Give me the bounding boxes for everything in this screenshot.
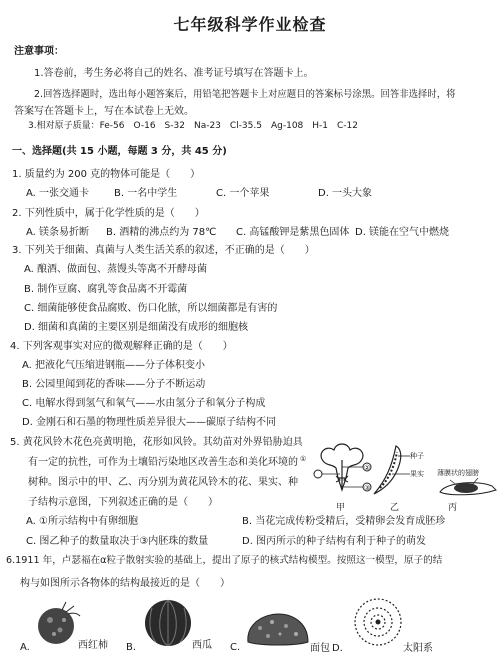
label-num-3: ③ (364, 482, 370, 494)
q4-option-c: C. 电解水得到氢气和氧气——水由氢分子和氧分子构成 (22, 398, 265, 410)
section-heading: 一、选择题(共 15 小题，每题 3 分，共 45 分) (12, 146, 227, 158)
q1-option-d: D. 一头大象 (318, 188, 372, 200)
q4-option-d: D. 金刚石和石墨的物理性质差异很大——碳原子结构不同 (22, 417, 276, 429)
q6-option-b-label: 西瓜 (192, 640, 212, 652)
q2-option-a: A. 镁条易折断 (26, 227, 89, 239)
bread-icon (246, 612, 310, 648)
q6-option-c-letter: C. (230, 642, 240, 654)
question-5-stem-line-4: 子结构示意图，下列叙述正确的是（ ） (28, 497, 218, 509)
q5-option-a: A. ①所示结构中有卵细胞 (26, 516, 138, 528)
label-jia: 甲 (336, 502, 345, 514)
q5-option-c: C. 图乙种子的数量取决于③内胚珠的数量 (26, 536, 208, 548)
notes-heading: 注意事项： (14, 46, 64, 58)
exam-page: 七年级科学作业检查 注意事项： 1.答卷前，考生务必将自己的姓名、准考证号填写在… (0, 0, 500, 665)
q4-option-a: A. 把液化气压缩进钢瓶——分子体积变小 (22, 360, 205, 372)
solar-system-icon (352, 596, 404, 648)
q6-option-b-letter: B. (126, 642, 136, 654)
question-6-stem-line-2: 构与如图所示各物体的结构最接近的是（ ） (20, 578, 230, 590)
q2-option-c: C. 高锰酸钾是紫黑色固体 (236, 227, 349, 239)
note-item-2: 2.回答选择题时，选出每小题答案后，用铅笔把答题卡上对应题目的答案标号涂黑。回答… (34, 89, 455, 101)
note-item-1: 1.答卷前，考生务必将自己的姓名、准考证号填写在答题卡上。 (34, 68, 314, 80)
q2-option-d: D. 镁能在空气中燃烧 (355, 227, 449, 239)
label-seed: 种子 (410, 450, 424, 462)
q6-option-c-label: 面包 (310, 643, 330, 655)
question-5-stem-line-3: 树种。图示中的甲、乙、丙分别为黄花风铃木的花、果实、种 (28, 477, 298, 489)
tomato-icon (36, 600, 82, 646)
q1-option-b: B. 一名中学生 (114, 188, 177, 200)
question-1-stem: 1. 质量约为 200 克的物体可能是（ ） (12, 169, 200, 181)
q6-option-d-label: 太阳系 (403, 643, 433, 655)
question-6-stem-line-1: 6.1911 年，卢瑟福在α粒子散射实验的基础上，提出了原子的核式结构模型。按照… (6, 555, 442, 567)
q5-option-d: D. 图丙所示的种子结构有利于种子的萌发 (242, 536, 426, 548)
q4-option-b: B. 公园里闻到花的香味——分子不断运动 (22, 379, 205, 391)
q1-option-a: A. 一张交通卡 (26, 188, 89, 200)
q1-option-c: C. 一个苹果 (216, 188, 269, 200)
note-item-2-cont: 答案写在答题卡上，写在本试卷上无效。 (14, 106, 194, 118)
question-5-stem-line-2: 有一定的抗性，可作为土壤铅污染地区改善生态和美化环境的 (28, 457, 298, 469)
question-4-stem: 4. 下列客观事实对应的微观解释正确的是（ ） (10, 341, 233, 353)
note-item-3: 3.相对原子质量：Fe-56 O-16 S-32 Na-23 Cl-35.5 A… (28, 120, 358, 132)
watermelon-icon (144, 598, 192, 648)
label-num-1: ① (300, 453, 306, 465)
flower-diagram-icon (312, 440, 372, 500)
q3-option-a: A. 酿酒、做面包、蒸馒头等离不开酵母菌 (24, 264, 207, 276)
question-2-stem: 2. 下列性质中，属于化学性质的是（ ） (12, 208, 205, 220)
question-5-stem-line-1: 5. 黄花风铃木花色亮黄明艳，花形如风铃。其幼苗对外界铅胁迫具 (10, 437, 303, 449)
fruit-pod-diagram-icon (372, 444, 412, 496)
q3-option-b: B. 制作豆腐、腐乳等食品离不开霉菌 (24, 284, 187, 296)
q2-option-b: B. 酒精的沸点约为 78℃ (106, 227, 216, 239)
q6-option-a-label: 西红柿 (78, 640, 108, 652)
q6-option-a-letter: A. (20, 642, 30, 654)
label-fruit: 果实 (410, 468, 424, 480)
label-bing: 丙 (448, 502, 457, 514)
q3-option-d: D. 细菌和真菌的主要区别是细菌没有成形的细胞核 (24, 322, 248, 334)
label-yi: 乙 (390, 502, 399, 514)
q5-option-b: B. 当花完成传粉受精后，受精卵会发育成胚珍 (242, 516, 445, 528)
label-num-2: ② (364, 462, 370, 474)
question-3-stem: 3. 下列关于细菌、真菌与人类生活关系的叙述，不正确的是（ ） (12, 245, 315, 257)
q3-option-c: C. 细菌能够使食品腐败、伤口化脓，所以细菌都是有害的 (24, 303, 277, 315)
page-title: 七年级科学作业检查 (0, 12, 500, 35)
q6-option-d-letter: D. (332, 643, 343, 655)
winged-seed-diagram-icon (438, 476, 498, 498)
